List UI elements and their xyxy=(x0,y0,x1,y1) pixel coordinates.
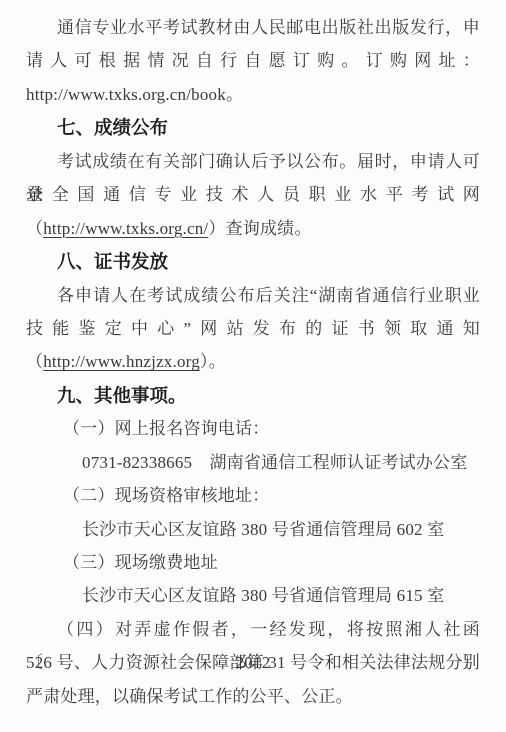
section8-url-suffix: ）。 xyxy=(200,352,226,371)
section9-item4-line-3: 严肃处理，以确保考试工作的公平、公正。 xyxy=(26,680,480,713)
section7-url-suffix: ）查询成绩。 xyxy=(208,219,311,238)
section9-heading: 九、其他事项。 xyxy=(26,379,480,412)
document-page: 通信专业水平考试教材由人民邮电出版社出版发行，申 请人可根据情况自行自愿订购。订… xyxy=(0,0,506,732)
section9-item4-line-1: （四）对弄虚作假者，一经发现，将按照湘人社函〔2012〕 xyxy=(26,613,480,646)
section8-line-1: 各申请人在考试成绩公布后关注“湖南省通信行业职业 xyxy=(26,279,480,312)
section7-line-1: 考试成绩在有关部门确认后予以公布。届时，申请人可登 xyxy=(26,145,480,178)
section9-item1-phone: 0731-82338665 湖南省通信工程师认证考试办公室 xyxy=(26,446,480,479)
section9-item4-line-2: 526 号、人力资源社会保障部第 31 号令和相关法律法规分别 xyxy=(26,646,480,679)
intro-line-1: 通信专业水平考试教材由人民邮电出版社出版发行，申 xyxy=(26,11,480,44)
section7-url-prefix: （ xyxy=(26,219,43,238)
section7-url-line: （http://www.txks.org.cn/）查询成绩。 xyxy=(26,212,480,245)
hnzjzx-url: http://www.hnzjzx.org xyxy=(43,352,200,371)
section9-item3-address: 长沙市天心区友谊路 380 号省通信管理局 615 室 xyxy=(26,579,480,612)
section8-url-line: （http://www.hnzjzx.org）。 xyxy=(26,345,480,378)
section7-line-2: 录全国通信专业技术人员职业水平考试网 xyxy=(26,178,480,211)
intro-book-url: http://www.txks.org.cn/book。 xyxy=(26,78,480,111)
section9-item3-label: （三）现场缴费地址 xyxy=(26,546,480,579)
section9-item2-label: （二）现场资格审核地址： xyxy=(26,479,480,512)
section9-item2-address: 长沙市天心区友谊路 380 号省通信管理局 602 室 xyxy=(26,513,480,546)
section9-item1-label: （一）网上报名咨询电话： xyxy=(26,412,480,445)
section8-url-prefix: （ xyxy=(26,352,43,371)
section8-line-2: 技能鉴定中心”网站发布的证书领取通知 xyxy=(26,312,480,345)
intro-line-2: 请人可根据情况自行自愿订购。订购网址： xyxy=(26,44,480,77)
txks-url: http://www.txks.org.cn/ xyxy=(43,219,208,238)
section8-heading: 八、证书发放 xyxy=(26,245,480,278)
section7-heading: 七、成绩公布 xyxy=(26,111,480,144)
